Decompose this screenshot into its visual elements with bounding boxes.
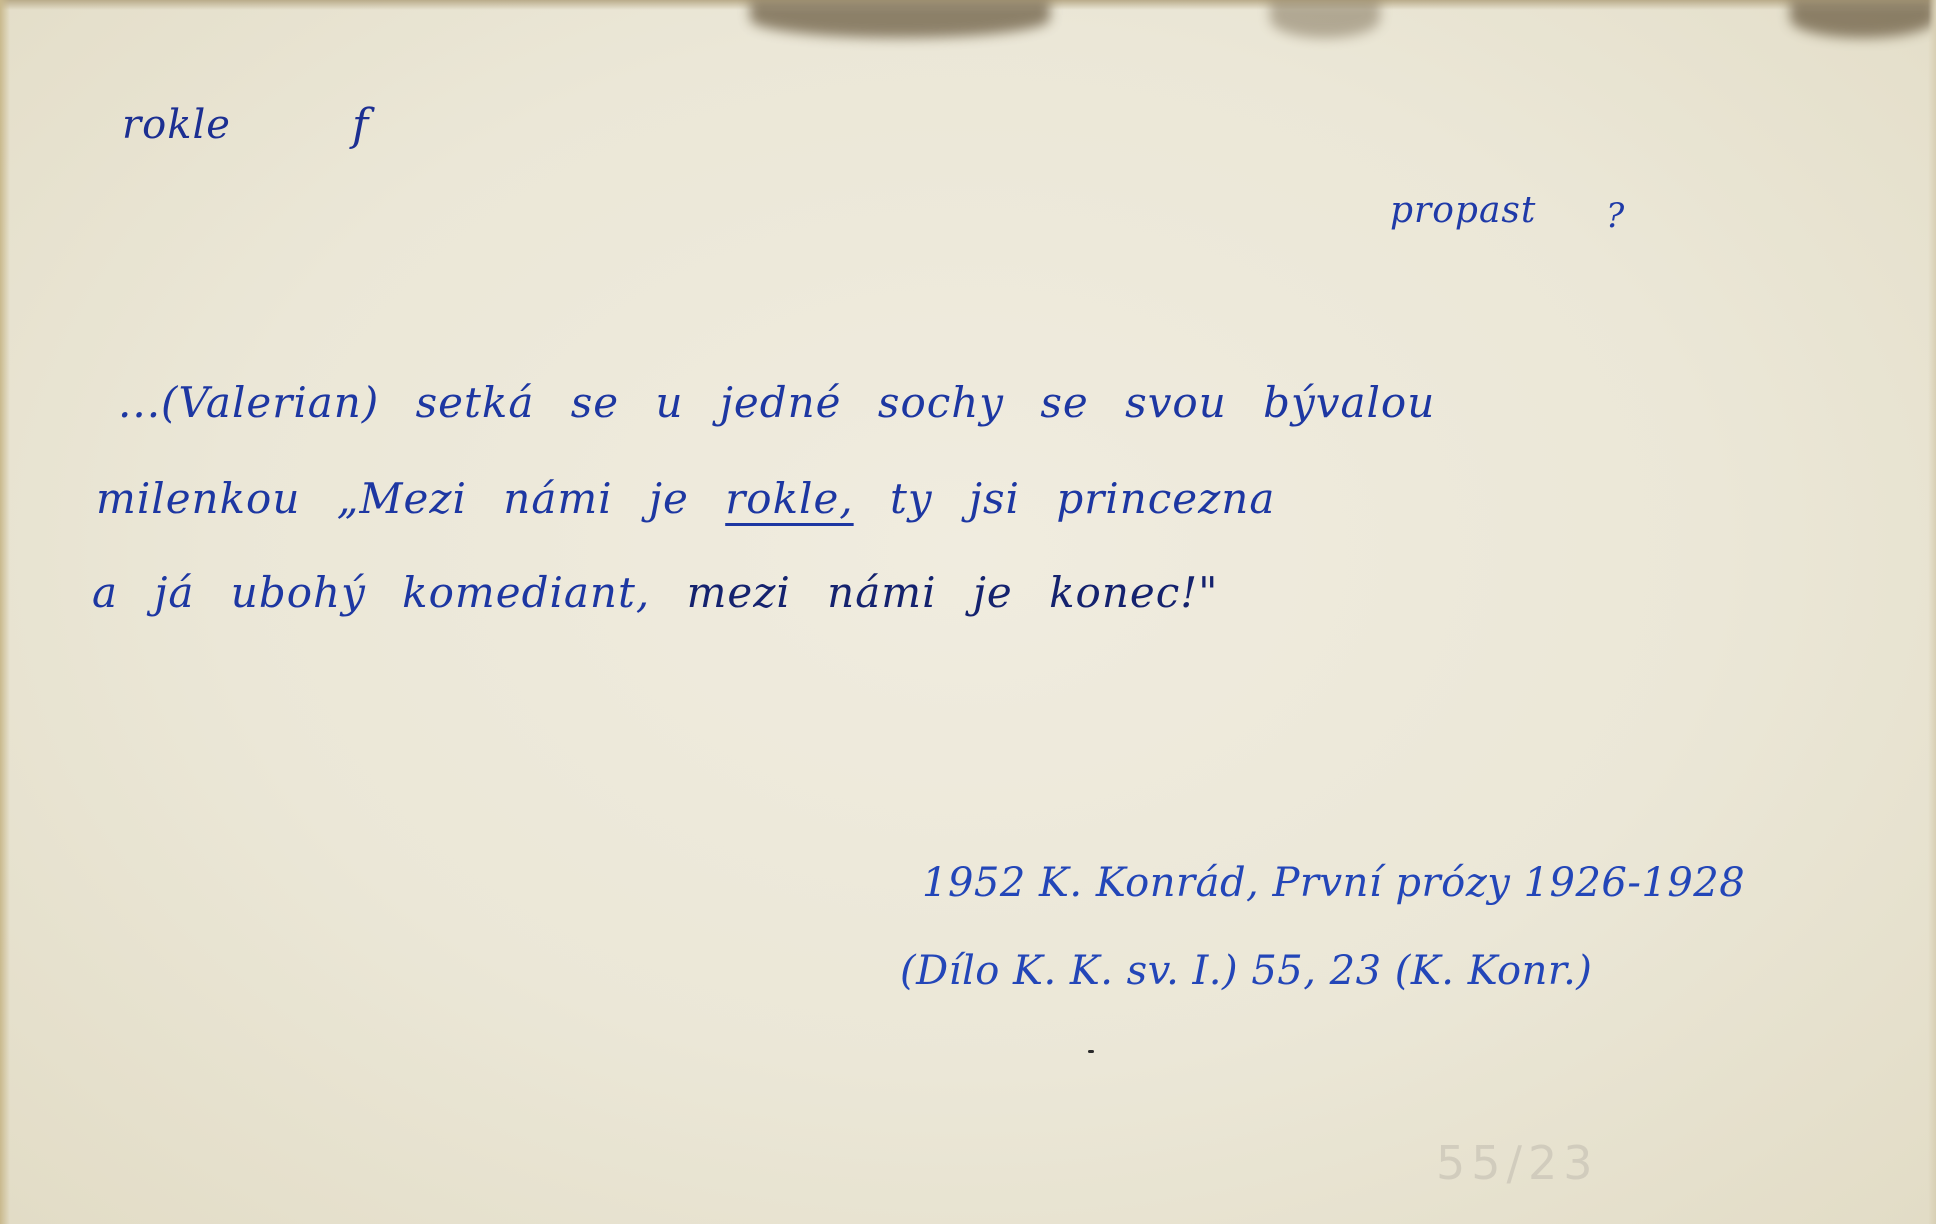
pencil-page-note: 55/23 [1436,1136,1599,1190]
quote-keyword: rokle, [725,474,853,523]
scan-shadow [1790,0,1936,38]
quote-text: ...(Valerian) setká se u jedné sochy se … [118,378,1435,427]
citation-line-1: 1952 K. Konrád, První prózy 1926-1928 [922,860,1745,906]
quote-text: milenkou „Mezi námi je [96,474,689,523]
quote-text: ty jsi princezna [890,474,1275,523]
headword: rokle [122,102,231,148]
citation-line-2: (Dílo K. K. sv. I.) 55, 23 (K. Konr.) [900,948,1592,994]
quote-line-2: milenkou „Mezi námi je rokle, ty jsi pri… [96,474,1275,523]
quote-line-1: ...(Valerian) setká se u jedné sochy se … [118,378,1435,427]
grammatical-gender: f [352,100,369,151]
quote-text: mezi námi je konec!" [687,568,1219,617]
paper-speck [1088,1050,1094,1053]
scan-right-edge [1928,0,1936,1224]
scan-shadow [750,0,1050,38]
quote-text: a já ubohý komediant, [92,568,650,617]
synonym-note: propast [1390,190,1536,231]
scan-shadow [1270,0,1380,38]
scan-left-edge [0,0,10,1224]
quote-line-3: a já ubohý komediant, mezi námi je konec… [92,568,1218,617]
dictionary-slip: rokle f propast ? ...(Valerian) setká se… [0,0,1936,1224]
query-mark: ? [1606,196,1625,236]
